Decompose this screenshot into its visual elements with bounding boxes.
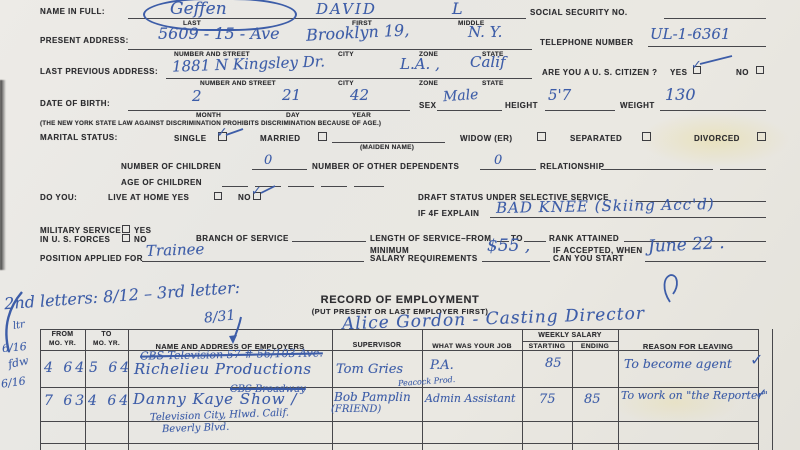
table-border bbox=[85, 329, 86, 450]
rule-line bbox=[292, 241, 366, 242]
rule-line bbox=[664, 18, 766, 19]
name-last-handwritten: Geffen bbox=[170, 1, 227, 18]
separated-checkbox bbox=[642, 132, 651, 141]
height-label: HEIGHT bbox=[505, 101, 538, 110]
row2-employer-extra2: Beverly Blvd. bbox=[162, 423, 230, 435]
row1-reason: To become agent bbox=[624, 358, 732, 371]
sub-year-label: YEAR bbox=[352, 112, 371, 119]
letters-date-handwritten: 8/31 bbox=[203, 308, 236, 325]
rule-line bbox=[645, 261, 766, 262]
sub-zone-label: ZONE bbox=[419, 80, 438, 87]
divorced-label: DIVORCED bbox=[694, 134, 740, 143]
if-4f-label: IF 4F EXPLAIN bbox=[418, 209, 479, 218]
rule-line bbox=[222, 186, 248, 187]
margin-note-4: 6/16 bbox=[0, 375, 26, 389]
col-from-label: FROM bbox=[40, 331, 85, 338]
letters-note-handwritten: 2nd letters: 8/12 – 3rd letter: bbox=[4, 280, 241, 312]
rule-line bbox=[490, 217, 766, 218]
rule-line bbox=[128, 49, 532, 50]
row2-checkmark: ✓ bbox=[755, 387, 768, 402]
last-address-label: LAST PREVIOUS ADDRESS: bbox=[40, 67, 158, 76]
citizen-yes-checkmark: ✓ bbox=[691, 59, 702, 72]
row1-starting-salary: 85 bbox=[545, 357, 562, 370]
live-yes-checkbox bbox=[214, 192, 222, 200]
rule-line bbox=[437, 110, 502, 111]
sub-month-label: MONTH bbox=[196, 112, 221, 119]
married-checkbox bbox=[318, 132, 327, 141]
col-ending-label: ENDING bbox=[572, 343, 618, 350]
rule-line bbox=[288, 186, 314, 187]
rule-line bbox=[252, 169, 307, 170]
can-you-start-label: CAN YOU START bbox=[553, 254, 624, 263]
sub-city-label: CITY bbox=[338, 51, 354, 58]
rule-line bbox=[660, 110, 766, 111]
citizen-no-checkbox bbox=[756, 66, 764, 74]
sex-label: SEX bbox=[419, 101, 436, 110]
employment-title: RECORD OF EMPLOYMENT bbox=[300, 294, 500, 306]
margin-note-1: ltr bbox=[12, 320, 26, 332]
live-no-label: NO bbox=[238, 193, 251, 202]
telephone-label: TELEPHONE NUMBER bbox=[540, 38, 633, 47]
military-no-checkbox bbox=[122, 234, 130, 242]
salary-req-label: SALARY REQUIREMENTS bbox=[370, 254, 478, 263]
live-at-home-label: LIVE AT HOME YES bbox=[108, 193, 189, 202]
married-label: MARRIED bbox=[260, 134, 300, 143]
last-street-handwritten: 1881 N Kingsley Dr. bbox=[172, 54, 325, 74]
position-label: POSITION APPLIED FOR bbox=[40, 254, 143, 263]
dob-label: DATE OF BIRTH: bbox=[40, 99, 110, 108]
start-date-handwritten: June 22 . bbox=[648, 235, 725, 256]
rank-label: RANK ATTAINED bbox=[549, 234, 619, 243]
name-label: NAME IN FULL: bbox=[40, 7, 105, 16]
row2-job: Admin Assistant bbox=[425, 393, 515, 404]
margin-note-3: fdw bbox=[7, 355, 29, 370]
military-yes-checkbox bbox=[122, 225, 130, 233]
rule-line bbox=[648, 46, 766, 47]
col-supervisor-label: SUPERVISOR bbox=[332, 342, 422, 349]
col-job-label: WHAT WAS YOUR JOB bbox=[422, 343, 522, 350]
position-handwritten: Trainee bbox=[146, 242, 205, 259]
employment-application-scan: NAME IN FULL: Geffen DAVID L LAST FIRST … bbox=[0, 0, 800, 450]
us-forces-label: IN U. S. FORCES bbox=[40, 235, 110, 244]
col-to-moyr-label: MO. YR. bbox=[85, 340, 128, 347]
row2-supervisor: Bob Pamplin bbox=[334, 391, 411, 403]
scan-dark-edge bbox=[0, 80, 6, 270]
col-from-moyr-label: MO. YR. bbox=[40, 340, 85, 347]
rule-line bbox=[354, 186, 384, 187]
row2-employer: Danny Kaye Show / bbox=[133, 392, 297, 407]
col-starting-label: STARTING bbox=[522, 343, 572, 350]
row2-starting-salary: 75 bbox=[539, 393, 556, 406]
stray-pen-loop bbox=[664, 275, 676, 302]
do-you-label: DO YOU: bbox=[40, 193, 77, 202]
telephone-handwritten: UL-1-6361 bbox=[650, 27, 730, 42]
margin-note-2: 6/16 bbox=[2, 341, 28, 354]
military-service-label: MILITARY SERVICE bbox=[40, 226, 121, 235]
dob-month-handwritten: 2 bbox=[192, 89, 202, 104]
rule-line bbox=[321, 186, 347, 187]
row1-to: 5 64 bbox=[89, 361, 132, 375]
rule-line bbox=[545, 110, 615, 111]
children-label: NUMBER OF CHILDREN bbox=[121, 162, 221, 171]
citizen-label: ARE YOU A U. S. CITIZEN ? bbox=[542, 68, 657, 77]
widow-label: WIDOW (ER) bbox=[460, 134, 513, 143]
ssn-label: SOCIAL SECURITY NO. bbox=[530, 8, 628, 17]
table-border bbox=[572, 341, 573, 450]
rule-line bbox=[332, 142, 445, 143]
divorced-checkbox bbox=[757, 132, 766, 141]
sub-state-label: STATE bbox=[482, 80, 504, 87]
table-border bbox=[772, 329, 773, 450]
single-checkmark: ✓ bbox=[216, 126, 228, 140]
dob-year-handwritten: 42 bbox=[350, 88, 369, 103]
row1-supervisor: Tom Gries bbox=[336, 363, 403, 376]
length-of-service-label: LENGTH OF SERVICE–FROM bbox=[370, 234, 491, 243]
col-to-label: TO bbox=[85, 331, 128, 338]
relationship-label: RELATIONSHIP bbox=[540, 162, 604, 171]
sex-handwritten: Male bbox=[443, 88, 479, 104]
present-address-label: PRESENT ADDRESS: bbox=[40, 36, 129, 45]
sub-street-label: NUMBER AND STREET bbox=[200, 80, 276, 87]
single-label: SINGLE bbox=[174, 134, 206, 143]
last-state-handwritten: Calif bbox=[470, 55, 506, 70]
present-state-handwritten: N. Y. bbox=[468, 25, 502, 40]
row1-checkmark: ✓ bbox=[750, 352, 763, 368]
row1-employer: Richelieu Productions bbox=[134, 362, 312, 377]
row1-from: 4 64 bbox=[44, 361, 87, 375]
military-yes-label: YES bbox=[134, 226, 151, 235]
age-law-note: (THE NEW YORK STATE LAW AGAINST DISCRIMI… bbox=[40, 120, 381, 127]
branch-label: BRANCH OF SERVICE bbox=[196, 234, 289, 243]
rule-line bbox=[482, 261, 550, 262]
row1-job: P.A. bbox=[430, 359, 454, 372]
marital-label: MARITAL STATUS: bbox=[40, 133, 118, 142]
citizen-yes-label: YES bbox=[670, 68, 687, 77]
citizen-check-tail-stroke bbox=[700, 56, 732, 64]
salary-handwritten: $55 , bbox=[487, 238, 530, 255]
rule-line bbox=[480, 169, 536, 170]
row2-to: 4 64 bbox=[88, 394, 131, 408]
weight-handwritten: 130 bbox=[665, 87, 696, 103]
col-reason-label: REASON FOR LEAVING bbox=[618, 342, 758, 351]
name-middle-handwritten: L bbox=[452, 1, 463, 17]
table-border bbox=[522, 341, 618, 342]
row2-supervisor-note: (FRIEND) bbox=[331, 405, 381, 415]
rule-line bbox=[601, 169, 713, 170]
table-border bbox=[40, 329, 41, 450]
if-4f-handwritten: BAD KNEE (Skiing Acc'd) bbox=[496, 197, 715, 216]
separated-label: SEPARATED bbox=[570, 134, 622, 143]
table-border bbox=[40, 329, 758, 330]
children-handwritten: 0 bbox=[264, 154, 272, 167]
row2-from: 7 63 bbox=[44, 394, 87, 408]
dob-day-handwritten: 21 bbox=[282, 88, 301, 103]
col-weekly-salary-label: WEEKLY SALARY bbox=[522, 332, 618, 339]
single-check-tail-stroke bbox=[226, 129, 243, 135]
present-street-handwritten: 5609 - 15 - Ave bbox=[158, 26, 280, 42]
table-border bbox=[40, 421, 758, 422]
no-check-tail-stroke bbox=[261, 186, 275, 193]
row2-ending-salary: 85 bbox=[584, 393, 601, 406]
maiden-name-label: (MAIDEN NAME) bbox=[360, 144, 414, 151]
table-border bbox=[40, 443, 758, 444]
rule-line bbox=[128, 110, 410, 111]
age-children-label: AGE OF CHILDREN bbox=[121, 178, 202, 187]
live-no-checkmark: ✓ bbox=[251, 185, 262, 198]
widow-checkbox bbox=[537, 132, 546, 141]
sub-day-label: DAY bbox=[286, 112, 300, 119]
rule-line bbox=[166, 78, 532, 79]
weight-label: WEIGHT bbox=[620, 101, 655, 110]
last-city-handwritten: L.A. , bbox=[400, 57, 440, 72]
name-first-handwritten: DAVID bbox=[316, 2, 377, 17]
present-city-handwritten: Brooklyn 19, bbox=[306, 22, 410, 43]
dependents-label: NUMBER OF OTHER DEPENDENTS bbox=[312, 162, 459, 171]
rule-line bbox=[142, 261, 364, 262]
row2-reason: To work on "the Reporter" bbox=[621, 390, 768, 401]
citizen-no-label: NO bbox=[736, 68, 749, 77]
dependents-handwritten: 0 bbox=[494, 154, 502, 167]
height-handwritten: 5'7 bbox=[548, 88, 571, 103]
rule-line bbox=[720, 169, 766, 170]
